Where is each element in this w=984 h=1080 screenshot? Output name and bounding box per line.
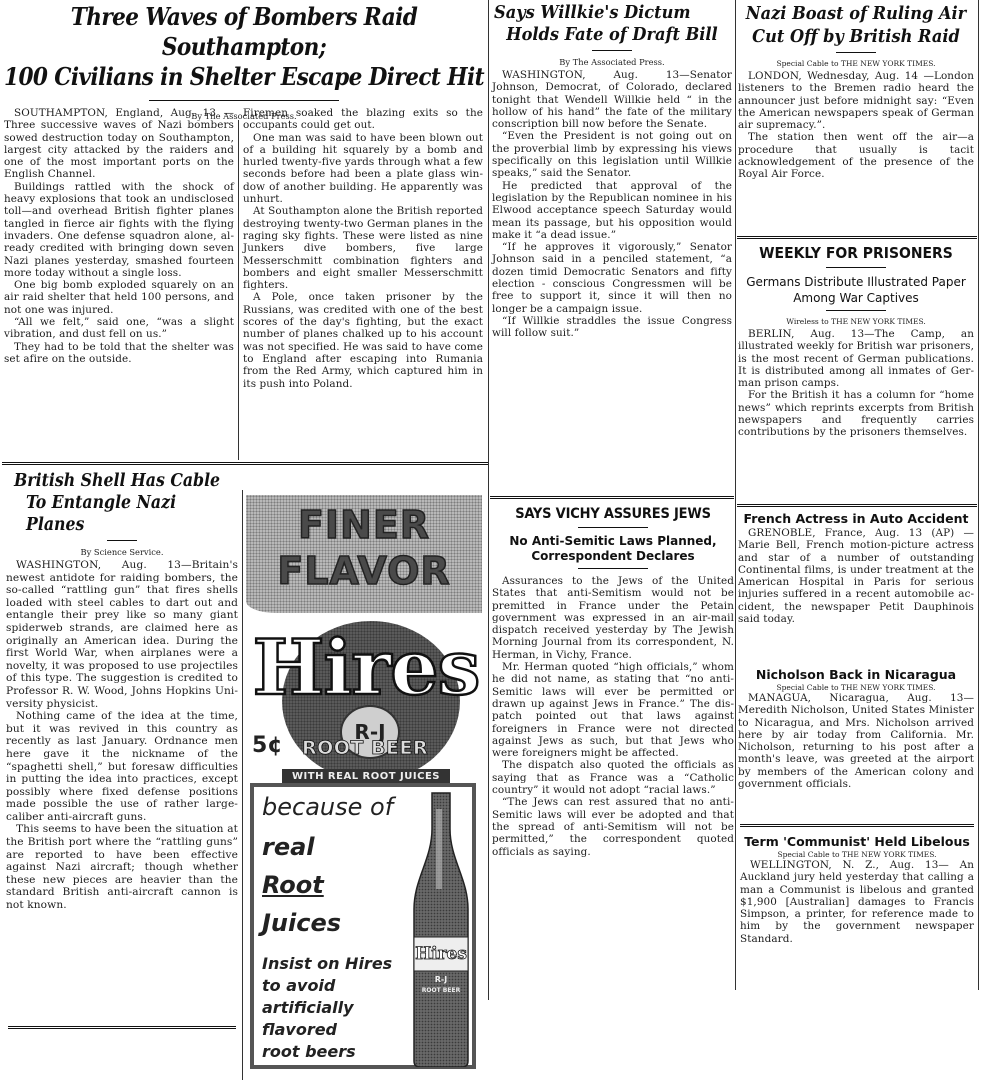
byline: Wireless to THE NEW YORK TIMES. xyxy=(738,317,974,326)
root-beer-bottle-icon: Hires R-J ROOT BEER xyxy=(412,789,470,1067)
headline: Holds Fate of Draft Bill xyxy=(492,24,732,46)
svg-text:R-J: R-J xyxy=(435,975,447,984)
section-divider xyxy=(737,236,977,239)
ad-copy: Juices xyxy=(262,909,341,937)
paragraph: “If Willkie straddles the issue Congress… xyxy=(492,315,732,340)
headline: British Shell Has Cable xyxy=(6,470,238,492)
paragraph: They had to be told that the shel­ter wa… xyxy=(4,341,234,366)
article-body-col2: Firemen soaked the blazing exits so the … xyxy=(243,107,483,390)
ad-copy: because of xyxy=(262,793,393,821)
section-divider xyxy=(737,504,977,507)
column-rule xyxy=(488,0,489,1000)
headline: Cut Off by British Raid xyxy=(738,25,974,48)
article-willkie: Says Willkie's Dictum Holds Fate of Draf… xyxy=(492,2,732,340)
headline-rule xyxy=(578,568,648,569)
headline: Says Willkie's Dictum xyxy=(492,2,732,24)
paragraph: GRENOBLE, France, Aug. 13 (AP) —Marie Be… xyxy=(738,527,974,625)
article-body: MANAGUA, Nicaragua, Aug. 13— Meredith Ni… xyxy=(738,692,974,790)
ad-small-copy: artificially xyxy=(262,997,354,1019)
subheadline: Germans Distribute Illustrated Paper Amo… xyxy=(738,274,974,306)
article-body: WASHINGTON, Aug. 13—Brit­ain's newest an… xyxy=(6,559,238,912)
headline: Three Waves of Bombers Raid Southampton; xyxy=(2,2,486,62)
paragraph: For the British it has a column for “hom… xyxy=(738,389,974,438)
paragraph: WASHINGTON, Aug. 13—Sen­ator Johnson, De… xyxy=(492,69,732,130)
ad-copy: Root xyxy=(262,871,324,899)
paragraph: The dispatch also quoted the offi­cials … xyxy=(492,759,734,796)
section-divider xyxy=(740,824,974,827)
article-nicholson: Nicholson Back in Nicaragua Special Cabl… xyxy=(738,667,974,790)
article-nazi-boast: Nazi Boast of Ruling Air Cut Off by Brit… xyxy=(738,2,974,181)
paragraph: Firemen soaked the blazing exits so the … xyxy=(243,107,483,132)
ad-brand-logo: Hires xyxy=(250,623,482,713)
paragraph: “All we felt,” said one, “was a slight v… xyxy=(4,316,234,341)
article-body: BERLIN, Aug. 13—The Camp, an illustrated… xyxy=(738,328,974,439)
ad-price: 5¢ xyxy=(252,733,283,758)
headline-rule xyxy=(107,540,137,541)
headline-rule xyxy=(826,310,886,311)
paragraph: “If he approves it vigorously,” Senator … xyxy=(492,241,732,315)
section-divider xyxy=(8,1026,236,1029)
paragraph: Assurances to the Jews of the United Sta… xyxy=(492,575,734,661)
headline: French Actress in Auto Accident xyxy=(738,510,974,527)
column-rule xyxy=(238,120,239,460)
article-body: GRENOBLE, France, Aug. 13 (AP) —Marie Be… xyxy=(738,527,974,625)
byline: Special Cable to THE NEW YORK TIMES. xyxy=(738,59,974,68)
headline-rule xyxy=(826,267,886,268)
paragraph: BERLIN, Aug. 13—The Camp, an illustrated… xyxy=(738,328,974,389)
headline: Nazi Boast of Ruling Air xyxy=(738,2,974,25)
headline: 100 Civilians in Shelter Escape Direct H… xyxy=(2,62,486,92)
headline-rule xyxy=(592,50,632,51)
headline-rule xyxy=(836,52,876,53)
svg-text:ROOT BEER: ROOT BEER xyxy=(422,987,461,994)
headline: Nicholson Back in Nicaragua xyxy=(738,667,974,683)
headline-rule xyxy=(149,100,339,101)
article-french-actress: French Actress in Auto Accident GRENOBLE… xyxy=(738,510,974,625)
column-rule xyxy=(978,0,979,990)
paragraph: WASHINGTON, Aug. 13—Brit­ain's newest an… xyxy=(6,559,238,710)
paragraph: MANAGUA, Nicaragua, Aug. 13— Meredith Ni… xyxy=(738,692,974,790)
headline: Term 'Communist' Held Libelous xyxy=(740,834,974,850)
column-rule xyxy=(735,0,736,990)
hires-root-beer-ad: FINER FLAVOR Hires R-J 5¢ ROOT BEER WITH… xyxy=(244,493,484,1076)
ad-copy: real xyxy=(262,833,315,861)
byline: By The Associated Press. xyxy=(492,57,732,67)
byline: Special Cable to THE NEW YORK TIMES. xyxy=(740,850,974,859)
ad-small-copy: to avoid xyxy=(262,975,335,997)
paragraph: Buildings rattled with the shock of heav… xyxy=(4,181,234,279)
article-southampton: Three Waves of Bombers Raid Southampton;… xyxy=(2,2,486,123)
ad-product: ROOT BEER xyxy=(302,737,428,759)
article-body-col1: SOUTHAMPTON, England, Aug. 13 — Three su… xyxy=(4,107,234,365)
paragraph: LONDON, Wednesday, Aug. 14 —London liste… xyxy=(738,70,974,131)
paragraph: WELLINGTON, N. Z., Aug. 13— An Auckland … xyxy=(740,859,974,945)
paragraph: A Pole, once taken prisoner by the Russi… xyxy=(243,291,483,389)
paragraph: SOUTHAMPTON, England, Aug. 13 — Three su… xyxy=(4,107,234,181)
column-rule xyxy=(242,490,243,1080)
paragraph: At Southampton alone the British reporte… xyxy=(243,205,483,291)
svg-text:Hires: Hires xyxy=(415,944,467,964)
paragraph: Nothing came of the idea at the time, bu… xyxy=(6,710,238,823)
paragraph: One man was said to have been blown out … xyxy=(243,132,483,206)
article-british-shell: British Shell Has Cable To Entangle Nazi… xyxy=(6,470,238,912)
ad-tagline: FINER xyxy=(244,503,484,547)
ad-tagline: FLAVOR xyxy=(244,549,484,593)
paragraph: The station then went off the air—a proc… xyxy=(738,131,974,180)
paragraph: One big bomb exploded squarely on an air… xyxy=(4,279,234,316)
byline: By Science Service. xyxy=(6,547,238,557)
paragraph: Mr. Herman quoted “high offi­cials,” who… xyxy=(492,661,734,759)
article-communist-libel: Term 'Communist' Held Libelous Special C… xyxy=(740,834,974,945)
subheadline: No Anti-Semitic Laws Planned, Correspond… xyxy=(492,534,734,564)
headline-rule xyxy=(578,527,648,528)
section-divider xyxy=(2,462,488,465)
ad-small-copy: root beers xyxy=(262,1041,356,1063)
paragraph: He predicted that approval of the legisl… xyxy=(492,180,732,241)
ad-small-copy: flavored xyxy=(262,1019,337,1041)
article-body: WELLINGTON, N. Z., Aug. 13— An Auckland … xyxy=(740,859,974,945)
byline: Special Cable to THE NEW YORK TIMES. xyxy=(738,683,974,692)
article-body: Assurances to the Jews of the United Sta… xyxy=(492,575,734,858)
headline: SAYS VICHY ASSURES JEWS xyxy=(492,505,734,523)
article-body: LONDON, Wednesday, Aug. 14 —London liste… xyxy=(738,70,974,181)
headline: WEEKLY FOR PRISONERS xyxy=(738,243,974,263)
ad-small-copy: Insist on Hires xyxy=(262,953,392,975)
article-vichy: SAYS VICHY ASSURES JEWS No Anti-Semitic … xyxy=(492,505,734,858)
paragraph: “The Jews can rest assured that no anti-… xyxy=(492,796,734,857)
section-divider xyxy=(490,496,734,499)
article-weekly-prisoners: WEEKLY FOR PRISONERS Germans Distribute … xyxy=(738,243,974,439)
headline: To Entangle Nazi Planes xyxy=(6,492,238,536)
article-body: WASHINGTON, Aug. 13—Sen­ator Johnson, De… xyxy=(492,69,732,340)
paragraph: This seems to have been the sit­uation a… xyxy=(6,823,238,911)
paragraph: “Even the President is not go­ing out on… xyxy=(492,130,732,179)
